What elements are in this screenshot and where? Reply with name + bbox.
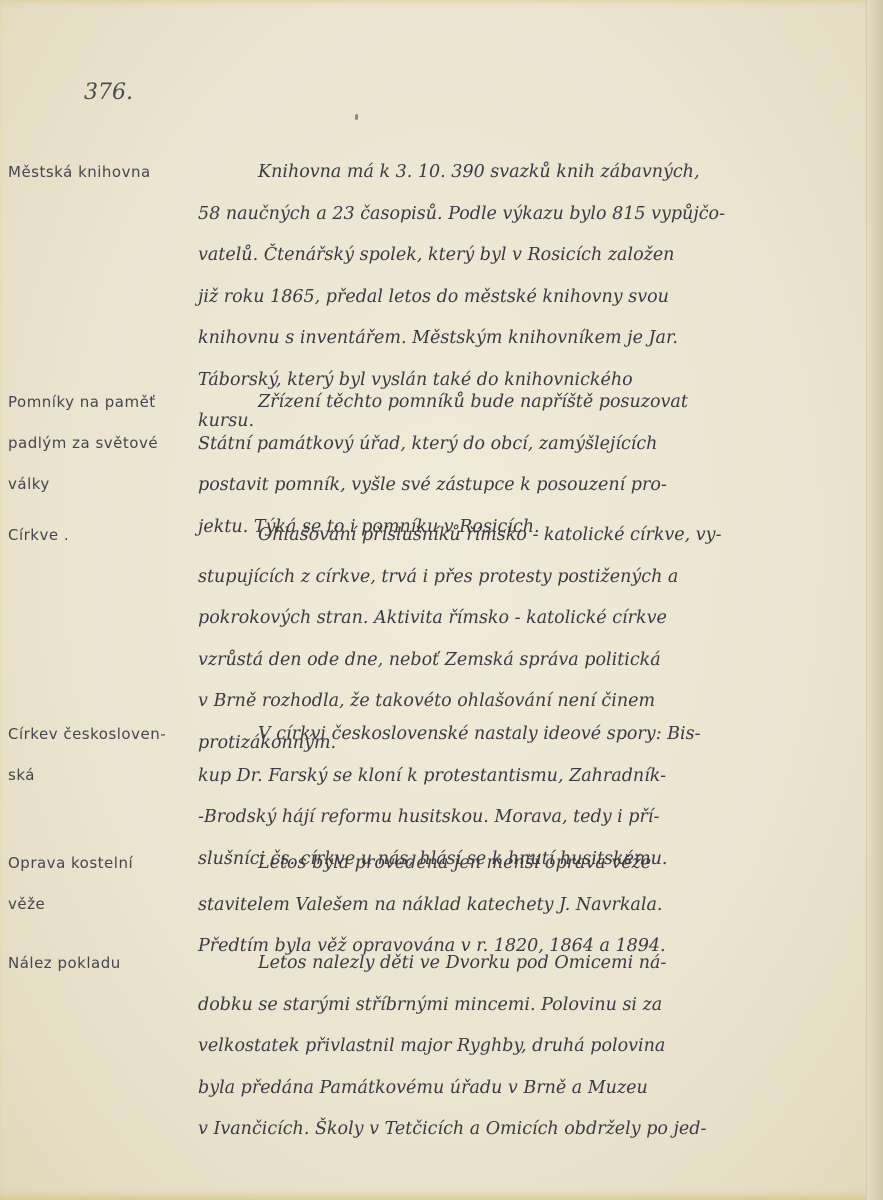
margin-heading-line: věže (8, 884, 198, 925)
text-line: kup Dr. Farský se kloní k protestantismu… (198, 756, 838, 798)
text-line: Zřízení těchto pomníků bude napříště pos… (198, 382, 838, 424)
ink-speck (355, 114, 358, 120)
text-line: knihovnu s inventářem. Městským knihovní… (198, 318, 838, 360)
margin-heading-line: Pomníky na paměť (8, 382, 198, 423)
margin-heading: Církve . (8, 515, 198, 556)
page-edge (866, 0, 883, 1200)
text-line: pokrokových stran. Aktivita římsko - kat… (198, 598, 838, 640)
page-number: 376. (84, 80, 133, 105)
margin-heading: Pomníky na paměťpadlým za světovéválky (8, 382, 198, 505)
margin-heading: Nález pokladu (8, 943, 198, 984)
margin-heading-line: Nález pokladu (8, 943, 198, 984)
margin-heading-line: války (8, 464, 198, 505)
text-line: Letos nalezly děti ve Dvorku pod Omicemi… (198, 943, 838, 985)
text-line: 58 naučných a 23 časopisů. Podle výkazu … (198, 194, 838, 236)
text-line: byla předána Památkovému úřadu v Brně a … (198, 1068, 838, 1110)
margin-heading: Církev českosloven-ská (8, 714, 198, 796)
margin-heading: Městská knihovna (8, 152, 198, 193)
text-line: stavitelem Valešem na náklad katechety J… (198, 885, 838, 927)
text-line: vatelů. Čtenářský spolek, který byl v Ro… (198, 235, 838, 277)
text-line: Letos byla provedena jen menší oprava vě… (198, 843, 838, 885)
chronicle-page: 376. Městská knihovnaKnihovna má k 3. 10… (0, 0, 883, 1200)
margin-heading-line: ská (8, 755, 198, 796)
text-line: vzrůstá den ode dne, neboť Zemská správa… (198, 640, 838, 682)
margin-heading-line: Městská knihovna (8, 152, 198, 193)
text-line: Ohlašování příslušníků římsko - katolick… (198, 515, 838, 557)
text-line: postavit pomník, vyšle své zástupce k po… (198, 465, 838, 507)
text-line: stupujících z církve, trvá i přes protes… (198, 557, 838, 599)
margin-heading-line: Oprava kostelní (8, 843, 198, 884)
margin-heading: Oprava kostelnívěže (8, 843, 198, 925)
margin-heading-line: Církev českosloven- (8, 714, 198, 755)
text-line: dobku se starými stříbrnými mincemi. Pol… (198, 985, 838, 1027)
text-line: Státní památkový úřad, který do obcí, za… (198, 424, 838, 466)
text-line: V církvi československé nastaly ideové s… (198, 714, 838, 756)
entry-text: Letos nalezly děti ve Dvorku pod Omicemi… (198, 943, 838, 1151)
text-line: velkostatek přivlastnil major Ryghby, dr… (198, 1026, 838, 1068)
text-line: v Ivančicích. Školy v Tetčicích a Omicíc… (198, 1109, 838, 1151)
text-line: Knihovna má k 3. 10. 390 svazků knih záb… (198, 152, 838, 194)
margin-heading-line: Církve . (8, 515, 198, 556)
text-line: již roku 1865, předal letos do městské k… (198, 277, 838, 319)
margin-heading-line: padlým za světové (8, 423, 198, 464)
text-line: -Brodský hájí reformu husitskou. Morava,… (198, 797, 838, 839)
